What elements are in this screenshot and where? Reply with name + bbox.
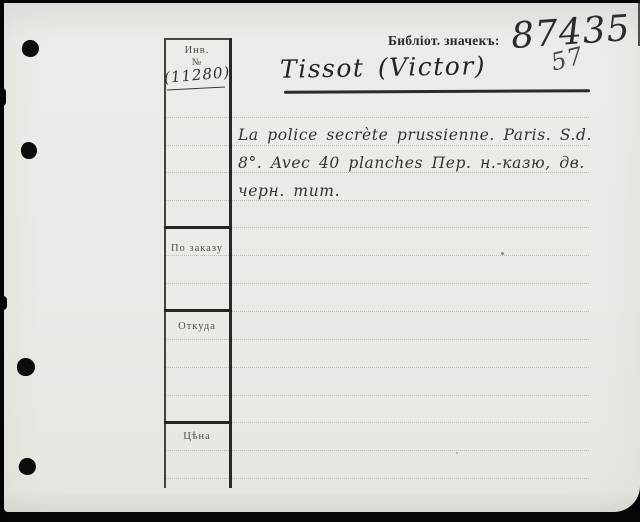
inventory-label: Инв.	[164, 45, 230, 56]
library-mark-label: Библіот. значекъ:	[388, 33, 500, 49]
scan-edge-artifact	[0, 296, 7, 310]
library-card-scan: Инв. № (11280) По заказу Откуда Цѣна Биб…	[0, 0, 640, 522]
paper-speck	[501, 252, 504, 255]
section-label-otkuda: Откуда	[164, 321, 230, 332]
column-separator	[164, 226, 232, 229]
entry-line: 8°. Avec 40 planches Пер. н.-казю, дв.	[238, 154, 585, 172]
column-separator	[164, 421, 232, 424]
section-label-po-zakazu: По заказу	[164, 243, 230, 254]
scan-edge-artifact	[0, 88, 6, 106]
punch-hole	[17, 358, 35, 376]
author-heading: Tissot (Victor)	[280, 51, 487, 84]
paper-speck	[456, 452, 458, 454]
entry-line: черн. тит.	[238, 182, 340, 200]
column-top-line	[164, 38, 232, 40]
entry-line: La police secrète prussienne. Paris. S.d…	[238, 126, 592, 144]
scan-edge-left	[0, 0, 4, 522]
section-label-tsena: Цѣна	[164, 431, 230, 442]
column-separator	[164, 309, 232, 312]
